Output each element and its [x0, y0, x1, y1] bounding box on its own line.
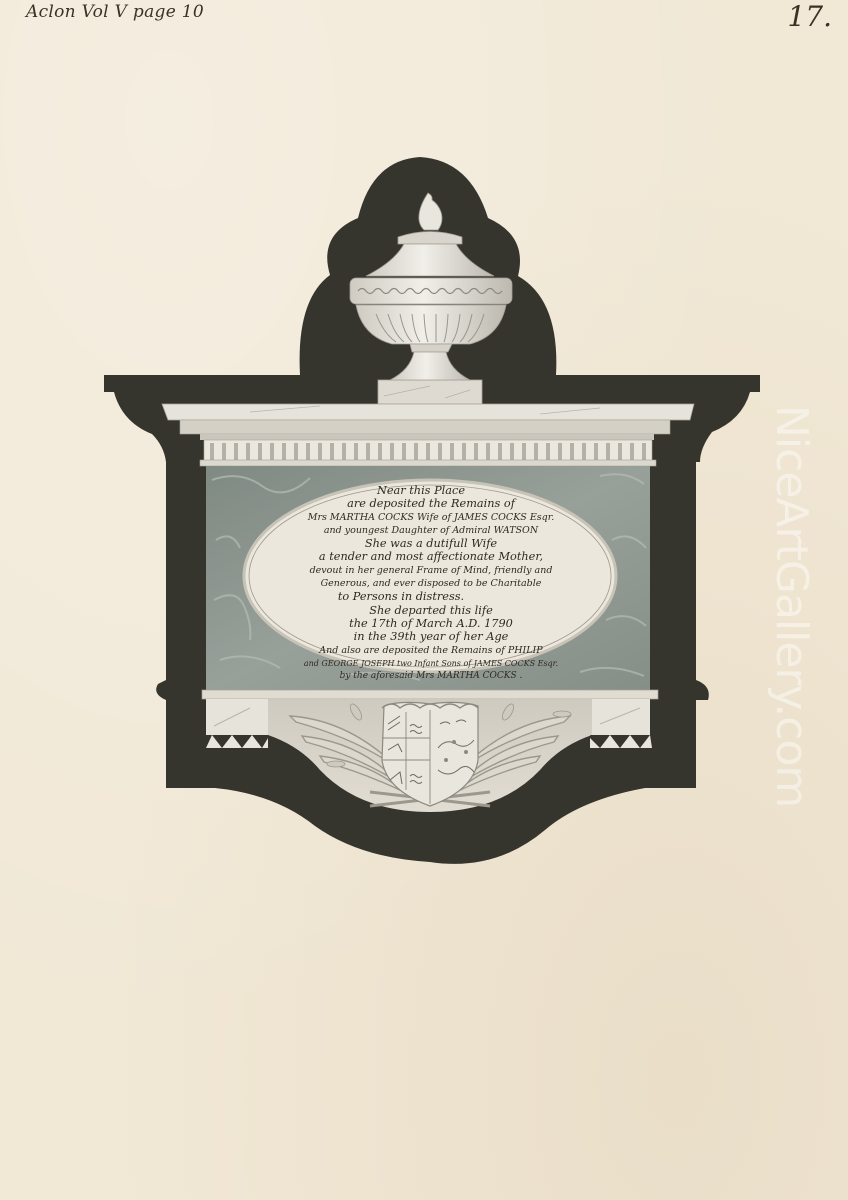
inscription-line: a tender and most affectionate Mother, — [246, 550, 616, 563]
inscription-line: She departed this life — [246, 604, 616, 617]
inscription-line: and GEORGE JOSEPH two Infant Sons of JAM… — [246, 657, 616, 670]
inscription-line: in the 39th year of her Age — [246, 630, 616, 643]
inscription-line: She was a dutifull Wife — [246, 537, 616, 550]
inscription-line: and youngest Daughter of Admiral WATSON — [246, 524, 616, 537]
inscription-line: devout in her general Frame of Mind, fri… — [246, 564, 616, 577]
inscription-line: are deposited the Remains of — [246, 497, 616, 510]
inscription-line: the 17th of March A.D. 1790 — [246, 617, 616, 630]
inscription-line: And also are deposited the Remains of PH… — [246, 644, 616, 657]
inscription-line: Generous, and ever disposed to be Charit… — [246, 577, 616, 590]
inscription-line: Mrs MARTHA COCKS Wife of JAMES COCKS Esq… — [246, 511, 616, 524]
cornice — [162, 404, 694, 466]
watermark: NiceArtGallery.com — [766, 405, 816, 795]
inscription-line: by the aforesaid Mrs MARTHA COCKS . — [246, 670, 616, 683]
urn-pedestal — [378, 380, 482, 404]
base-ledge — [202, 690, 658, 699]
inscription-text: Near this Place are deposited the Remain… — [246, 484, 616, 670]
inscription-line: to Persons in distress. — [186, 590, 616, 603]
inscription-line: Near this Place — [226, 484, 616, 497]
